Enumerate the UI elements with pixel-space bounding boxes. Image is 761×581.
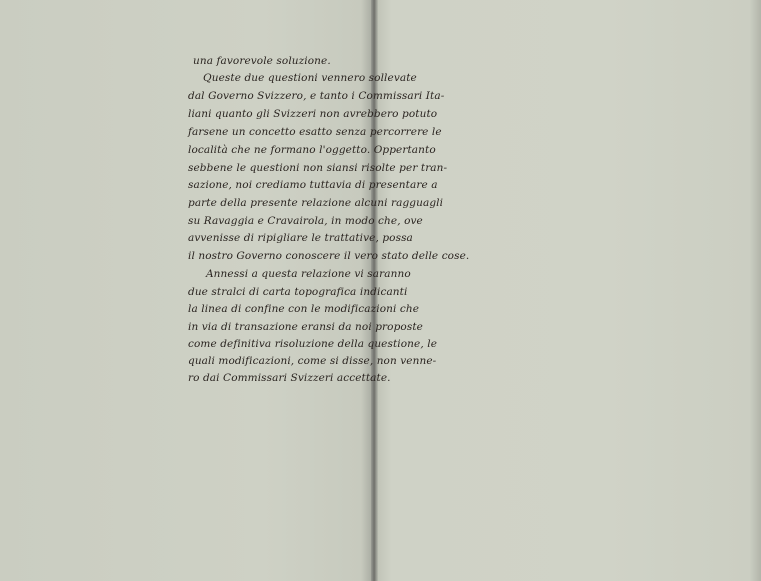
text-line: dal Governo Svizzero, e tanto i Commissa… xyxy=(188,90,444,102)
text-line: parte della presente relazione alcuni ra… xyxy=(188,197,443,209)
text-line: in via di transazione eransi da noi prop… xyxy=(188,321,423,333)
text-line: come definitiva risoluzione della questi… xyxy=(188,338,437,350)
text-line: su Ravaggia e Cravairola, in modo che, o… xyxy=(188,215,423,227)
text-line: ro dai Commissari Svizzeri accettate. xyxy=(188,372,391,384)
text-line: località che ne formano l'oggetto. Opper… xyxy=(188,144,436,156)
text-line: liani quanto gli Svizzeri non avrebbero … xyxy=(188,108,437,120)
text-line: Queste due questioni vennero sollevate xyxy=(203,72,417,84)
text-line: sebbene le questioni non siansi risolte … xyxy=(188,162,447,174)
text-line: una favorevole soluzione. xyxy=(193,55,331,67)
text-line: sazione, noi crediamo tuttavia di presen… xyxy=(188,179,438,191)
text-line: quali modificazioni, come si disse, non … xyxy=(188,355,436,367)
right-page xyxy=(376,0,761,581)
text-line: avvenisse di ripigliare le trattative, p… xyxy=(188,232,413,244)
text-line: il nostro Governo conoscere il vero stat… xyxy=(188,250,469,262)
manuscript-spread: una favorevole soluzione. Queste due que… xyxy=(0,0,761,581)
text-line: farsene un concetto esatto senza percorr… xyxy=(188,126,442,138)
text-line: Annessi a questa relazione vi saranno xyxy=(206,268,411,280)
text-line: la linea di confine con le modificazioni… xyxy=(188,303,419,315)
text-line: due stralci di carta topografica indican… xyxy=(188,286,407,298)
